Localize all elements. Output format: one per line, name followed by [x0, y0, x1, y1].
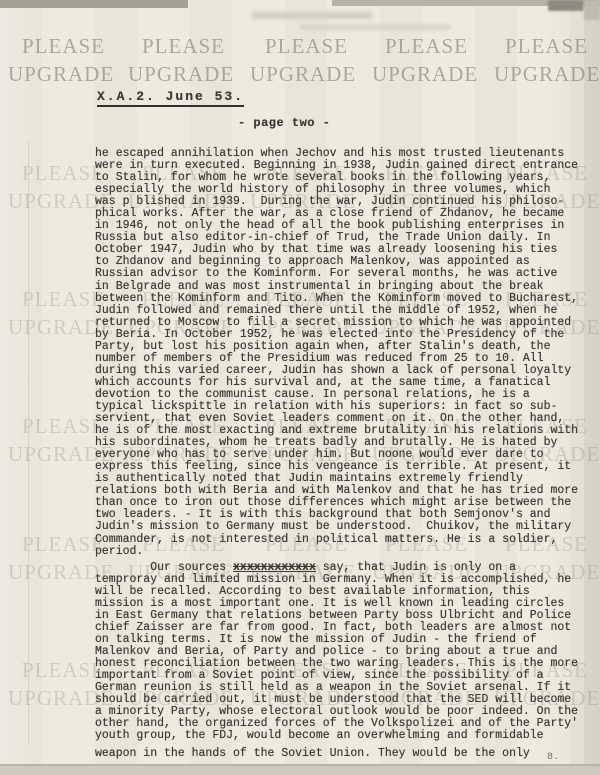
body-line: in Belgrade and was most instrumental in… — [95, 281, 595, 293]
body-line: Judin followed and remained there until … — [95, 305, 595, 317]
watermark-please: PLEASE — [142, 34, 225, 59]
watermark-please: PLEASE — [505, 34, 588, 59]
paper-fold-line — [28, 140, 29, 745]
document-body: he escaped annihilation when Jechov and … — [95, 148, 595, 760]
body-line: Judin's mission to Germany must be under… — [95, 521, 595, 533]
watermark-please: PLEASE — [265, 34, 348, 59]
scan-edge-bottom — [0, 766, 600, 775]
redaction-strikeout: xxxxxxxxxxxx — [233, 561, 316, 574]
body-line: mission is a most important one. It is w… — [95, 598, 595, 610]
body-line: Party, but lost his position again when,… — [95, 341, 595, 353]
document-reference: X.A.2. June 53. — [97, 89, 244, 107]
body-line: weapon in the hands of the Soviet Union.… — [95, 748, 595, 760]
scan-shade-right — [584, 0, 600, 775]
watermark-please: PLEASE — [22, 287, 105, 312]
page-label: - page two - — [238, 116, 330, 130]
scan-remnant-mark — [252, 12, 372, 19]
body-line: between the Kominform and Tito. When the… — [95, 293, 595, 305]
scan-smudge — [548, 0, 584, 11]
body-line: Our sources xxxxxxxxxxxx say, that Judin… — [95, 562, 595, 574]
watermark-upgrade: UPGRADE — [372, 62, 478, 87]
body-line: Commander, is not interested in politica… — [95, 534, 595, 546]
watermark-please: PLEASE — [385, 34, 468, 59]
watermark-please: PLEASE — [22, 414, 105, 439]
body-line: Russian advisor to the Kominform. For se… — [95, 268, 595, 280]
scan-remnant-mark — [300, 24, 450, 30]
body-line: period. — [95, 546, 595, 558]
watermark-upgrade: UPGRADE — [8, 62, 114, 87]
watermark-upgrade: UPGRADE — [128, 62, 234, 87]
watermark-upgrade: UPGRADE — [250, 62, 356, 87]
body-line: youth group, the FDJ, would become an ov… — [95, 730, 595, 742]
watermark-please: PLEASE — [22, 161, 105, 186]
scanned-document-page: PLEASEPLEASEPLEASEPLEASEPLEASEUPGRADEUPG… — [0, 0, 600, 775]
body-line: by Beria. In October 1952, he was electe… — [95, 329, 595, 341]
page-number: 8. — [547, 752, 559, 763]
body-line: returned to Moscow to fill a secret miss… — [95, 317, 595, 329]
scan-edge-top-left — [0, 0, 188, 8]
watermark-please: PLEASE — [22, 34, 105, 59]
watermark-please: PLEASE — [22, 532, 105, 557]
body-line: temproray and limited mission in Germany… — [95, 574, 595, 586]
body-line: will be recalled. According to best avai… — [95, 586, 595, 598]
watermark-please: PLEASE — [22, 658, 105, 683]
